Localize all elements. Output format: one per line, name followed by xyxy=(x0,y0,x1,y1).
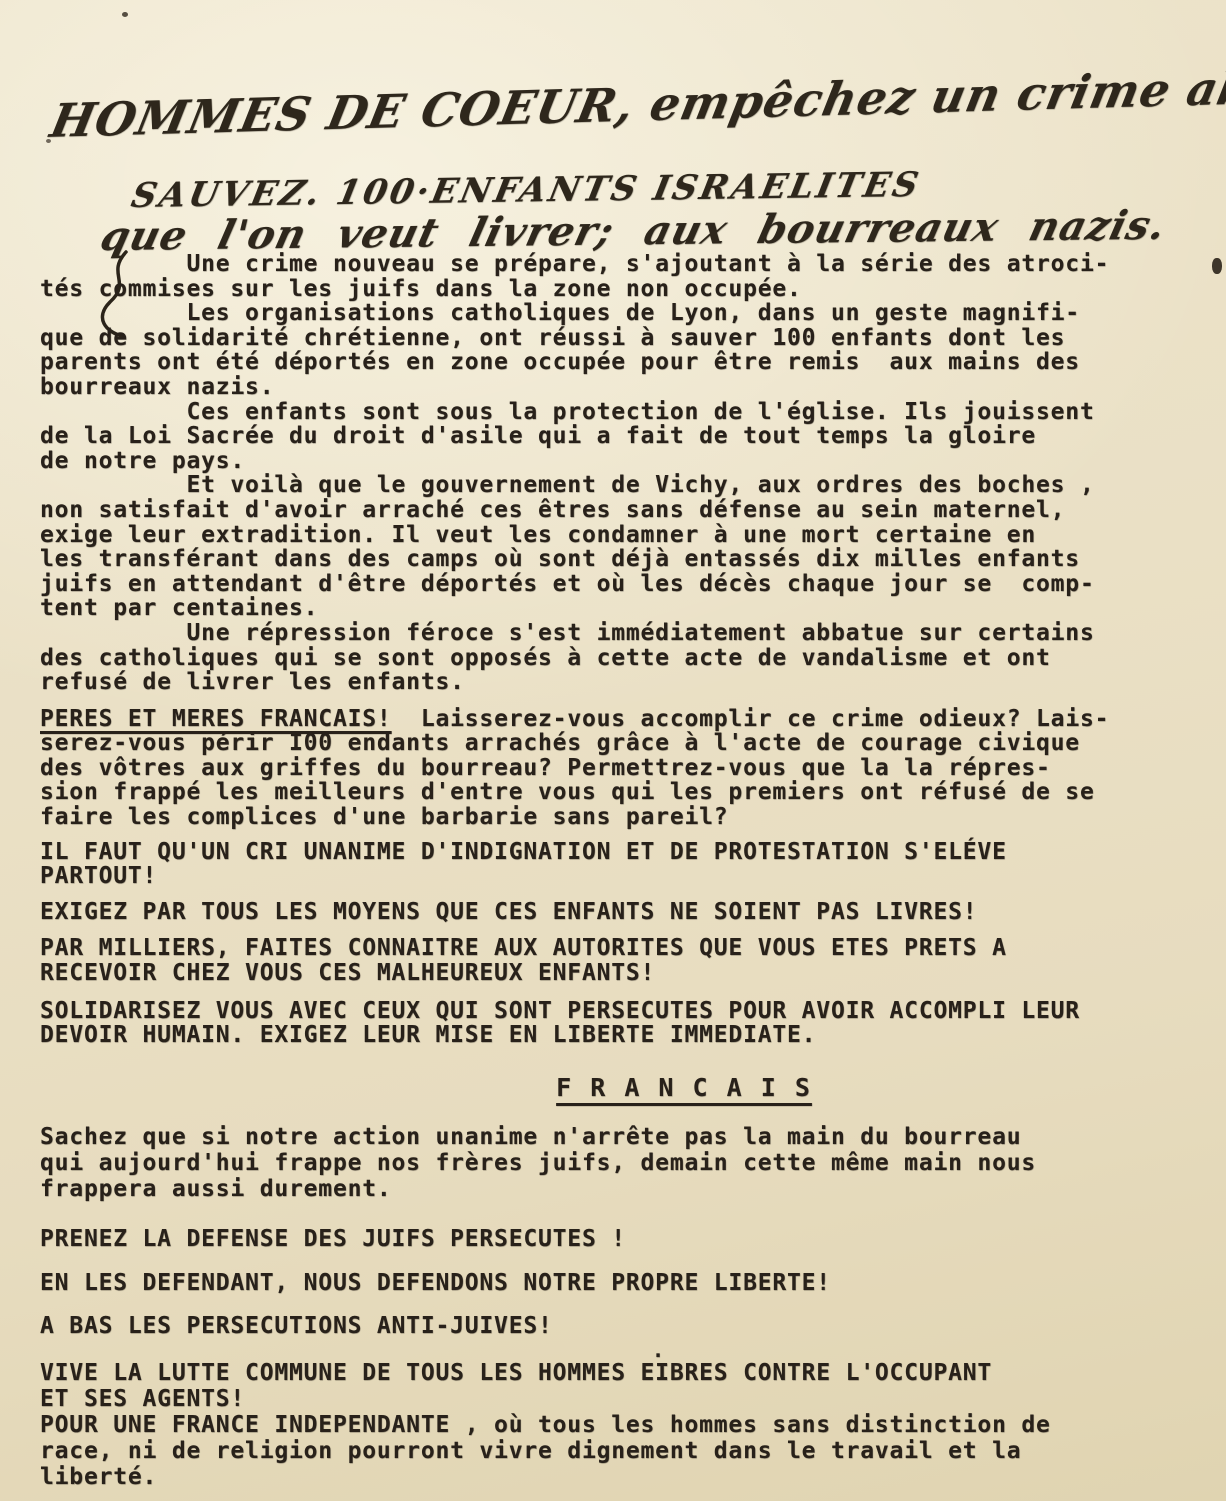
typed-line: EN LES DEFENDANT, NOUS DEFENDONS NOTRE P… xyxy=(40,1270,1208,1296)
typed-line: DEVOIR HUMAIN. EXIGEZ LEUR MISE EN LIBER… xyxy=(40,1023,1208,1048)
typed-line: de notre pays. xyxy=(40,449,1208,474)
typed-line: qui aujourd'hui frappe nos frères juifs,… xyxy=(40,1150,1208,1176)
paragraph: PRENEZ LA DEFENSE DES JUIFS PERSECUTES ! xyxy=(40,1226,1208,1252)
typed-line: race, ni de religion pourront vivre dign… xyxy=(40,1438,1208,1464)
typed-line: des vôtres aux griffes du bourreau? Perm… xyxy=(40,756,1208,781)
typed-line: exige leur extradition. Il veut les cond… xyxy=(40,523,1208,548)
paragraph: PAR MILLIERS, FAITES CONNAITRE AUX AUTOR… xyxy=(40,936,1208,985)
paragraph: SOLIDARISEZ VOUS AVEC CEUX QUI SONT PERS… xyxy=(40,999,1208,1048)
typed-line: Une répression féroce s'est immédiatemen… xyxy=(40,621,1208,646)
document-page: HOMMES DE COEUR, empêchez un crime abomi… xyxy=(0,0,1226,1501)
typed-line: des catholiques qui se sont opposés à ce… xyxy=(40,646,1208,671)
ink-speck xyxy=(46,139,51,143)
lead-rest: Laisserez-vous accomplir ce crime odieux… xyxy=(392,706,1110,732)
typed-line: frappera aussi durement. xyxy=(40,1176,1208,1202)
ink-speck xyxy=(1212,258,1222,274)
paragraph: EXIGEZ PAR TOUS LES MOYENS QUE CES ENFAN… xyxy=(40,900,1208,925)
underlined-lead: PERES ET MERES FRANCAIS! xyxy=(40,706,392,732)
typed-line: que de solidarité chrétienne, ont réussi… xyxy=(40,326,1208,351)
typed-line: IL FAUT QU'UN CRI UNANIME D'INDIGNATION … xyxy=(40,840,1208,865)
typed-line: tés commises sur les juifs dans la zone … xyxy=(40,277,1208,302)
typed-line: parents ont été déportés en zone occupée… xyxy=(40,350,1208,375)
handwritten-title-line1: HOMMES DE COEUR, empêchez un crime abomi… xyxy=(46,53,1226,148)
paragraph: A BAS LES PERSECUTIONS ANTI-JUIVES! xyxy=(40,1313,1208,1339)
paragraph: IL FAUT QU'UN CRI UNANIME D'INDIGNATION … xyxy=(40,840,1208,889)
typed-line: ET SES AGENTS! xyxy=(40,1386,1208,1412)
typed-line: POUR UNE FRANCE INDEPENDANTE , où tous l… xyxy=(40,1412,1208,1438)
typed-line: de la Loi Sacrée du droit d'asile qui a … xyxy=(40,424,1208,449)
typed-body: Une crime nouveau se prépare, s'ajoutant… xyxy=(40,252,1208,1490)
typed-line: juifs en attendant d'être déportés et où… xyxy=(40,572,1208,597)
typed-line: Une crime nouveau se prépare, s'ajoutant… xyxy=(40,252,1208,277)
typed-line: bourreaux nazis. xyxy=(40,375,1208,400)
typed-line: Et voilà que le gouvernement de Vichy, a… xyxy=(40,473,1208,498)
typed-line: non satisfait d'avoir arraché ces êtres … xyxy=(40,498,1208,523)
paragraph: Une crime nouveau se prépare, s'ajoutant… xyxy=(40,252,1208,695)
typed-line: liberté. xyxy=(40,1464,1208,1490)
typed-line: tent par centaines. xyxy=(40,596,1208,621)
typed-line: EXIGEZ PAR TOUS LES MOYENS QUE CES ENFAN… xyxy=(40,900,1208,925)
paragraph: PERES ET MERES FRANCAIS! Laisserez-vous … xyxy=(40,707,1208,830)
section-heading: F R A N C A I S xyxy=(40,1072,1208,1104)
typed-dot: . xyxy=(40,1345,1208,1355)
typed-line: refusé de livrer les enfants. xyxy=(40,670,1208,695)
typed-dot-glyph: . xyxy=(652,1345,1208,1355)
section-heading-text: F R A N C A I S xyxy=(556,1072,812,1104)
typed-line: A BAS LES PERSECUTIONS ANTI-JUIVES! xyxy=(40,1313,1208,1339)
paragraph: EN LES DEFENDANT, NOUS DEFENDONS NOTRE P… xyxy=(40,1270,1208,1296)
typed-line: PRENEZ LA DEFENSE DES JUIFS PERSECUTES ! xyxy=(40,1226,1208,1252)
typed-line: serez-vous périr I00 endants arrachés gr… xyxy=(40,731,1208,756)
typed-line: Les organisations catholiques de Lyon, d… xyxy=(40,301,1208,326)
ink-speck xyxy=(122,12,128,17)
typed-line: SOLIDARISEZ VOUS AVEC CEUX QUI SONT PERS… xyxy=(40,999,1208,1024)
paragraph: VIVE LA LUTTE COMMUNE DE TOUS LES HOMMES… xyxy=(40,1360,1208,1490)
typed-line: Ces enfants sont sous la protection de l… xyxy=(40,400,1208,425)
paragraph: Sachez que si notre action unanime n'arr… xyxy=(40,1124,1208,1202)
typed-line: PARTOUT! xyxy=(40,864,1208,889)
typed-line: VIVE LA LUTTE COMMUNE DE TOUS LES HOMMES… xyxy=(40,1360,1208,1386)
typed-line: PERES ET MERES FRANCAIS! Laisserez-vous … xyxy=(40,707,1208,732)
typed-line: Sachez que si notre action unanime n'arr… xyxy=(40,1124,1208,1150)
typed-line: PAR MILLIERS, FAITES CONNAITRE AUX AUTOR… xyxy=(40,936,1208,961)
typed-line: les transférant dans des camps où sont d… xyxy=(40,547,1208,572)
typed-line: sion frappé les meilleurs d'entre vous q… xyxy=(40,780,1208,805)
typed-line: faire les complices d'une barbarie sans … xyxy=(40,805,1208,830)
typed-line: RECEVOIR CHEZ VOUS CES MALHEUREUX ENFANT… xyxy=(40,961,1208,986)
